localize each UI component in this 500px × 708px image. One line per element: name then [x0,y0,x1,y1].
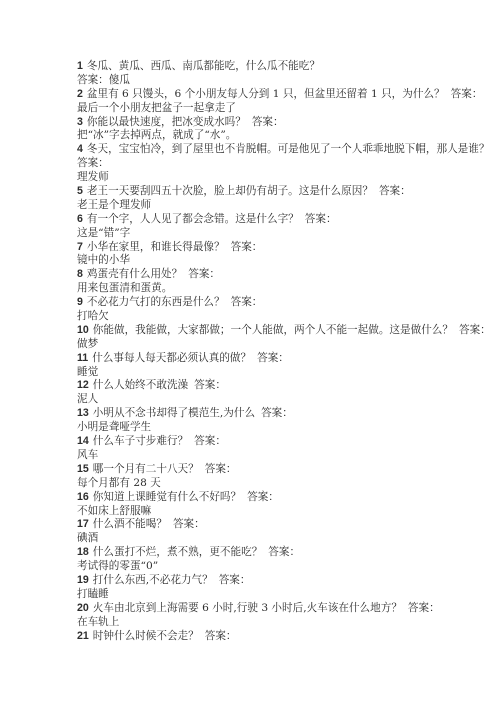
riddle-question: 6有一个字，人人见了都会念错。这是什么字？答案： [77,213,487,227]
question-text: 你能做，我能做，大家都做；一个人能做，两个人不能一起做。这是做什么？ [93,324,453,336]
answer-label: 答案： [408,602,440,614]
question-text: 小明从不念书却得了模范生,为什么 [93,407,255,419]
question-text: 盆里有 6 只馒头，6 个小朋友每人分到 1 只，但盆里还留着 1 只，为什么？ [87,88,445,100]
riddle-answer: 用来包蛋清和蛋黄。 [77,282,487,296]
answer-label: 答案： [188,268,220,280]
riddle-answer: 答案： [77,157,487,171]
question-number: 8 [77,268,83,280]
riddle-answer: 做梦 [77,338,487,352]
riddle-question: 7小华在家里，和谁长得最像？答案： [77,241,487,255]
riddle-question: 14什么车子寸步难行？答案： [77,435,487,449]
question-text: 你知道上课睡觉有什么不好吗？ [93,491,241,503]
question-number: 9 [77,296,83,308]
question-number: 6 [77,213,83,225]
riddle-question: 10你能做，我能做，大家都做；一个人能做，两个人不能一起做。这是做什么？答案： [77,324,487,338]
riddle-question: 13小明从不念书却得了模范生,为什么答案： [77,407,487,421]
question-number: 7 [77,241,83,253]
riddle-answer: 最后一个小朋友把盆子一起拿走了 [77,102,487,116]
question-number: 2 [77,88,83,100]
answer-label: 答案： [231,241,263,253]
answer-label: 答案： [173,518,205,530]
question-number: 15 [77,463,89,475]
question-text: 鸡蛋壳有什么用处？ [87,268,182,280]
answer-label: 答案： [379,185,411,197]
question-number: 18 [77,546,89,558]
question-text: 小华在家里，和谁长得最像？ [87,241,225,253]
question-text: 什么蛋打不烂，煮不熟，更不能吃？ [93,546,263,558]
riddle-question: 18什么蛋打不烂，煮不熟，更不能吃？答案： [77,546,487,560]
riddle-answer: 这是“错”字 [77,227,487,241]
riddle-answer: 打哈欠 [77,310,487,324]
answer-label: 答案： [305,213,337,225]
answer-label: 答案： [194,379,226,391]
question-text: 时钟什么时候不会走？ [93,630,199,642]
question-number: 17 [77,518,89,530]
riddle-question: 17什么酒不能喝？答案： [77,518,487,532]
riddle-question: 3你能以最快速度，把冰变成水吗？答案： [77,116,487,130]
riddle-answer: 老王是个理发师 [77,199,487,213]
riddle-question: 19打什么东西,不必花力气？答案： [77,574,487,588]
riddle-answer: 镜中的小华 [77,254,487,268]
answer-label: 答案： [247,491,279,503]
question-number: 3 [77,116,83,128]
riddle-answer: 把“冰”字去掉两点，就成了“水”。 [77,129,487,143]
question-number: 20 [77,602,89,614]
riddle-question: 20火车由北京到上海需要 6 小时,行驶 3 小时后,火车该在什么地方？答案： [77,602,487,616]
answer-label: 答案： [231,296,263,308]
document-page: 1冬瓜、黄瓜、西瓜、南瓜都能吃，什么瓜不能吃？答案：傻瓜2盆里有 6 只馒头，6… [77,60,487,643]
riddle-question: 12什么人始终不敢洗澡答案： [77,379,487,393]
answer-label: 答案： [205,630,237,642]
question-text: 打什么东西,不必花力气？ [93,574,213,586]
riddle-question: 16你知道上课睡觉有什么不好吗？答案： [77,491,487,505]
riddle-question: 4冬天，宝宝怕冷，到了屋里也不肯脱帽。可是他见了一个人乖乖地脱下帽，那人是谁？ [77,143,487,157]
question-number: 10 [77,324,89,336]
answer-label: 答案： [268,546,300,558]
question-number: 13 [77,407,89,419]
riddle-question: 1冬瓜、黄瓜、西瓜、南瓜都能吃，什么瓜不能吃？ [77,60,487,74]
riddle-question: 11什么事每人每天都必须认真的做？答案： [77,352,487,366]
question-number: 14 [77,435,89,447]
answer-label: 答案： [205,463,237,475]
answer-label: 答案： [252,116,284,128]
question-text: 火车由北京到上海需要 6 小时,行驶 3 小时后,火车该在什么地方？ [93,602,402,614]
question-text: 什么车子寸步难行？ [93,435,188,447]
riddle-question: 21时钟什么时候不会走？答案： [77,630,487,644]
riddle-answer: 打瞌睡 [77,588,487,602]
answer-label: 答案： [261,407,293,419]
answer-label: 答案： [219,574,251,586]
riddle-answer: 泥人 [77,393,487,407]
question-text: 什么人始终不敢洗澡 [93,379,188,391]
riddle-answer: 答案：傻瓜 [77,74,487,88]
riddle-answer: 不如床上舒服嘛 [77,505,487,519]
answer-label: 答案： [257,352,289,364]
question-number: 21 [77,630,89,642]
riddle-answer: 考试得的零蛋“0” [77,560,487,574]
riddle-answer: 在车轨上 [77,616,487,630]
riddle-question: 15哪一个月有二十八天？答案： [77,463,487,477]
question-number: 5 [77,185,83,197]
riddle-question: 9不必花力气打的东西是什么？答案： [77,296,487,310]
question-number: 19 [77,574,89,586]
riddle-answer: 每个月都有 28 天 [77,477,487,491]
riddle-question: 5老王一天要刮四五十次脸，脸上却仍有胡子。这是什么原因？答案： [77,185,487,199]
question-number: 11 [77,352,88,364]
question-text: 不必花力气打的东西是什么？ [87,296,225,308]
question-text: 什么酒不能喝？ [93,518,167,530]
riddle-answer: 风车 [77,449,487,463]
answer-label: 答案： [451,88,483,100]
question-number: 1 [77,60,83,72]
question-text: 有一个字，人人见了都会念错。这是什么字？ [87,213,299,225]
riddle-answer: 睡觉 [77,366,487,380]
answer-label: 答案： [194,435,226,447]
question-number: 4 [77,143,83,155]
question-text: 老王一天要刮四五十次脸，脸上却仍有胡子。这是什么原因？ [87,185,373,197]
riddle-answer: 小明是聋哑学生 [77,421,487,435]
question-number: 12 [77,379,89,391]
question-number: 16 [77,491,89,503]
question-text: 什么事每人每天都必须认真的做？ [92,352,251,364]
answer-label: 答案： [459,324,491,336]
question-text: 冬瓜、黄瓜、西瓜、南瓜都能吃，什么瓜不能吃？ [87,60,320,72]
question-text: 哪一个月有二十八天？ [93,463,199,475]
riddle-question: 8鸡蛋壳有什么用处？答案： [77,268,487,282]
riddle-answer: 碘酒 [77,532,487,546]
question-text: 冬天，宝宝怕冷，到了屋里也不肯脱帽。可是他见了一个人乖乖地脱下帽，那人是谁？ [87,143,490,155]
riddle-question: 2盆里有 6 只馒头，6 个小朋友每人分到 1 只，但盆里还留着 1 只，为什么… [77,88,487,102]
question-text: 你能以最快速度，把冰变成水吗？ [87,116,246,128]
riddle-answer: 理发师 [77,171,487,185]
